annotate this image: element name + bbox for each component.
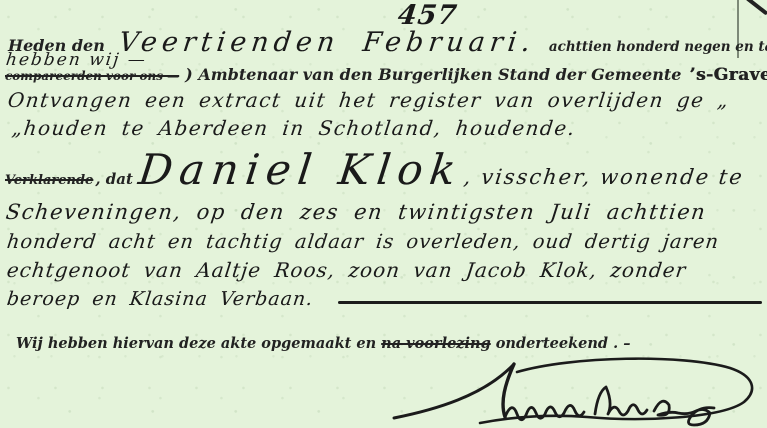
page-fold-line: [737, 0, 739, 58]
printed-closing-a: Wij hebben hiervan deze akte opgemaakt e…: [16, 335, 376, 352]
printed-dat: , dat: [95, 170, 133, 188]
printed-closing-b: onderteekend . –: [496, 335, 631, 352]
signature: [392, 354, 764, 428]
corner-pen-mark: [746, 0, 767, 15]
handwritten-beroep: beroep en Klasina Verbaan.: [6, 288, 315, 310]
handwritten-overleden: honderd acht en tachtig aldaar is overle…: [6, 230, 721, 253]
handwritten-visscher: , visscher, wonende te: [463, 165, 746, 189]
handwritten-scheveningen: Scheveningen, op den zes en twintigsten …: [5, 200, 708, 224]
struck-verklarende: Verklarende: [5, 173, 93, 188]
struck-voorlezing: na voorlezing: [381, 335, 491, 352]
line-ambtenaar: compareerden voor ons — ) Ambtenaar van …: [5, 65, 765, 85]
line-name: Verklarende , dat Daniel Klok , visscher…: [5, 145, 765, 194]
filler-rule: [338, 301, 762, 304]
death-record-page: 457 Heden den Veertienden Februari. acht…: [0, 0, 767, 428]
handwritten-date: Veertienden Februari.: [117, 27, 537, 58]
struck-compareerden: compareerden voor ons —: [5, 69, 179, 83]
handwritten-ontvangen: Ontvangen een extract uit het register v…: [7, 88, 731, 112]
handwritten-aberdeen: „houden te Aberdeen in Schotland, houden…: [11, 116, 578, 140]
line-closing: Wij hebben hiervan deze akte opgemaakt e…: [16, 335, 630, 352]
printed-ambtenaar: ) Ambtenaar van den Burgerlijken Stand d…: [185, 65, 681, 84]
deceased-name: Daniel Klok: [136, 145, 465, 194]
printed-year: achttien honderd negen en tachtig,: [549, 39, 767, 55]
handwritten-echtgenoot: echtgenoot van Aaltje Roos, zoon van Jac…: [6, 258, 688, 282]
city-gravenhage: ’s-Gravenhage,: [689, 65, 767, 85]
